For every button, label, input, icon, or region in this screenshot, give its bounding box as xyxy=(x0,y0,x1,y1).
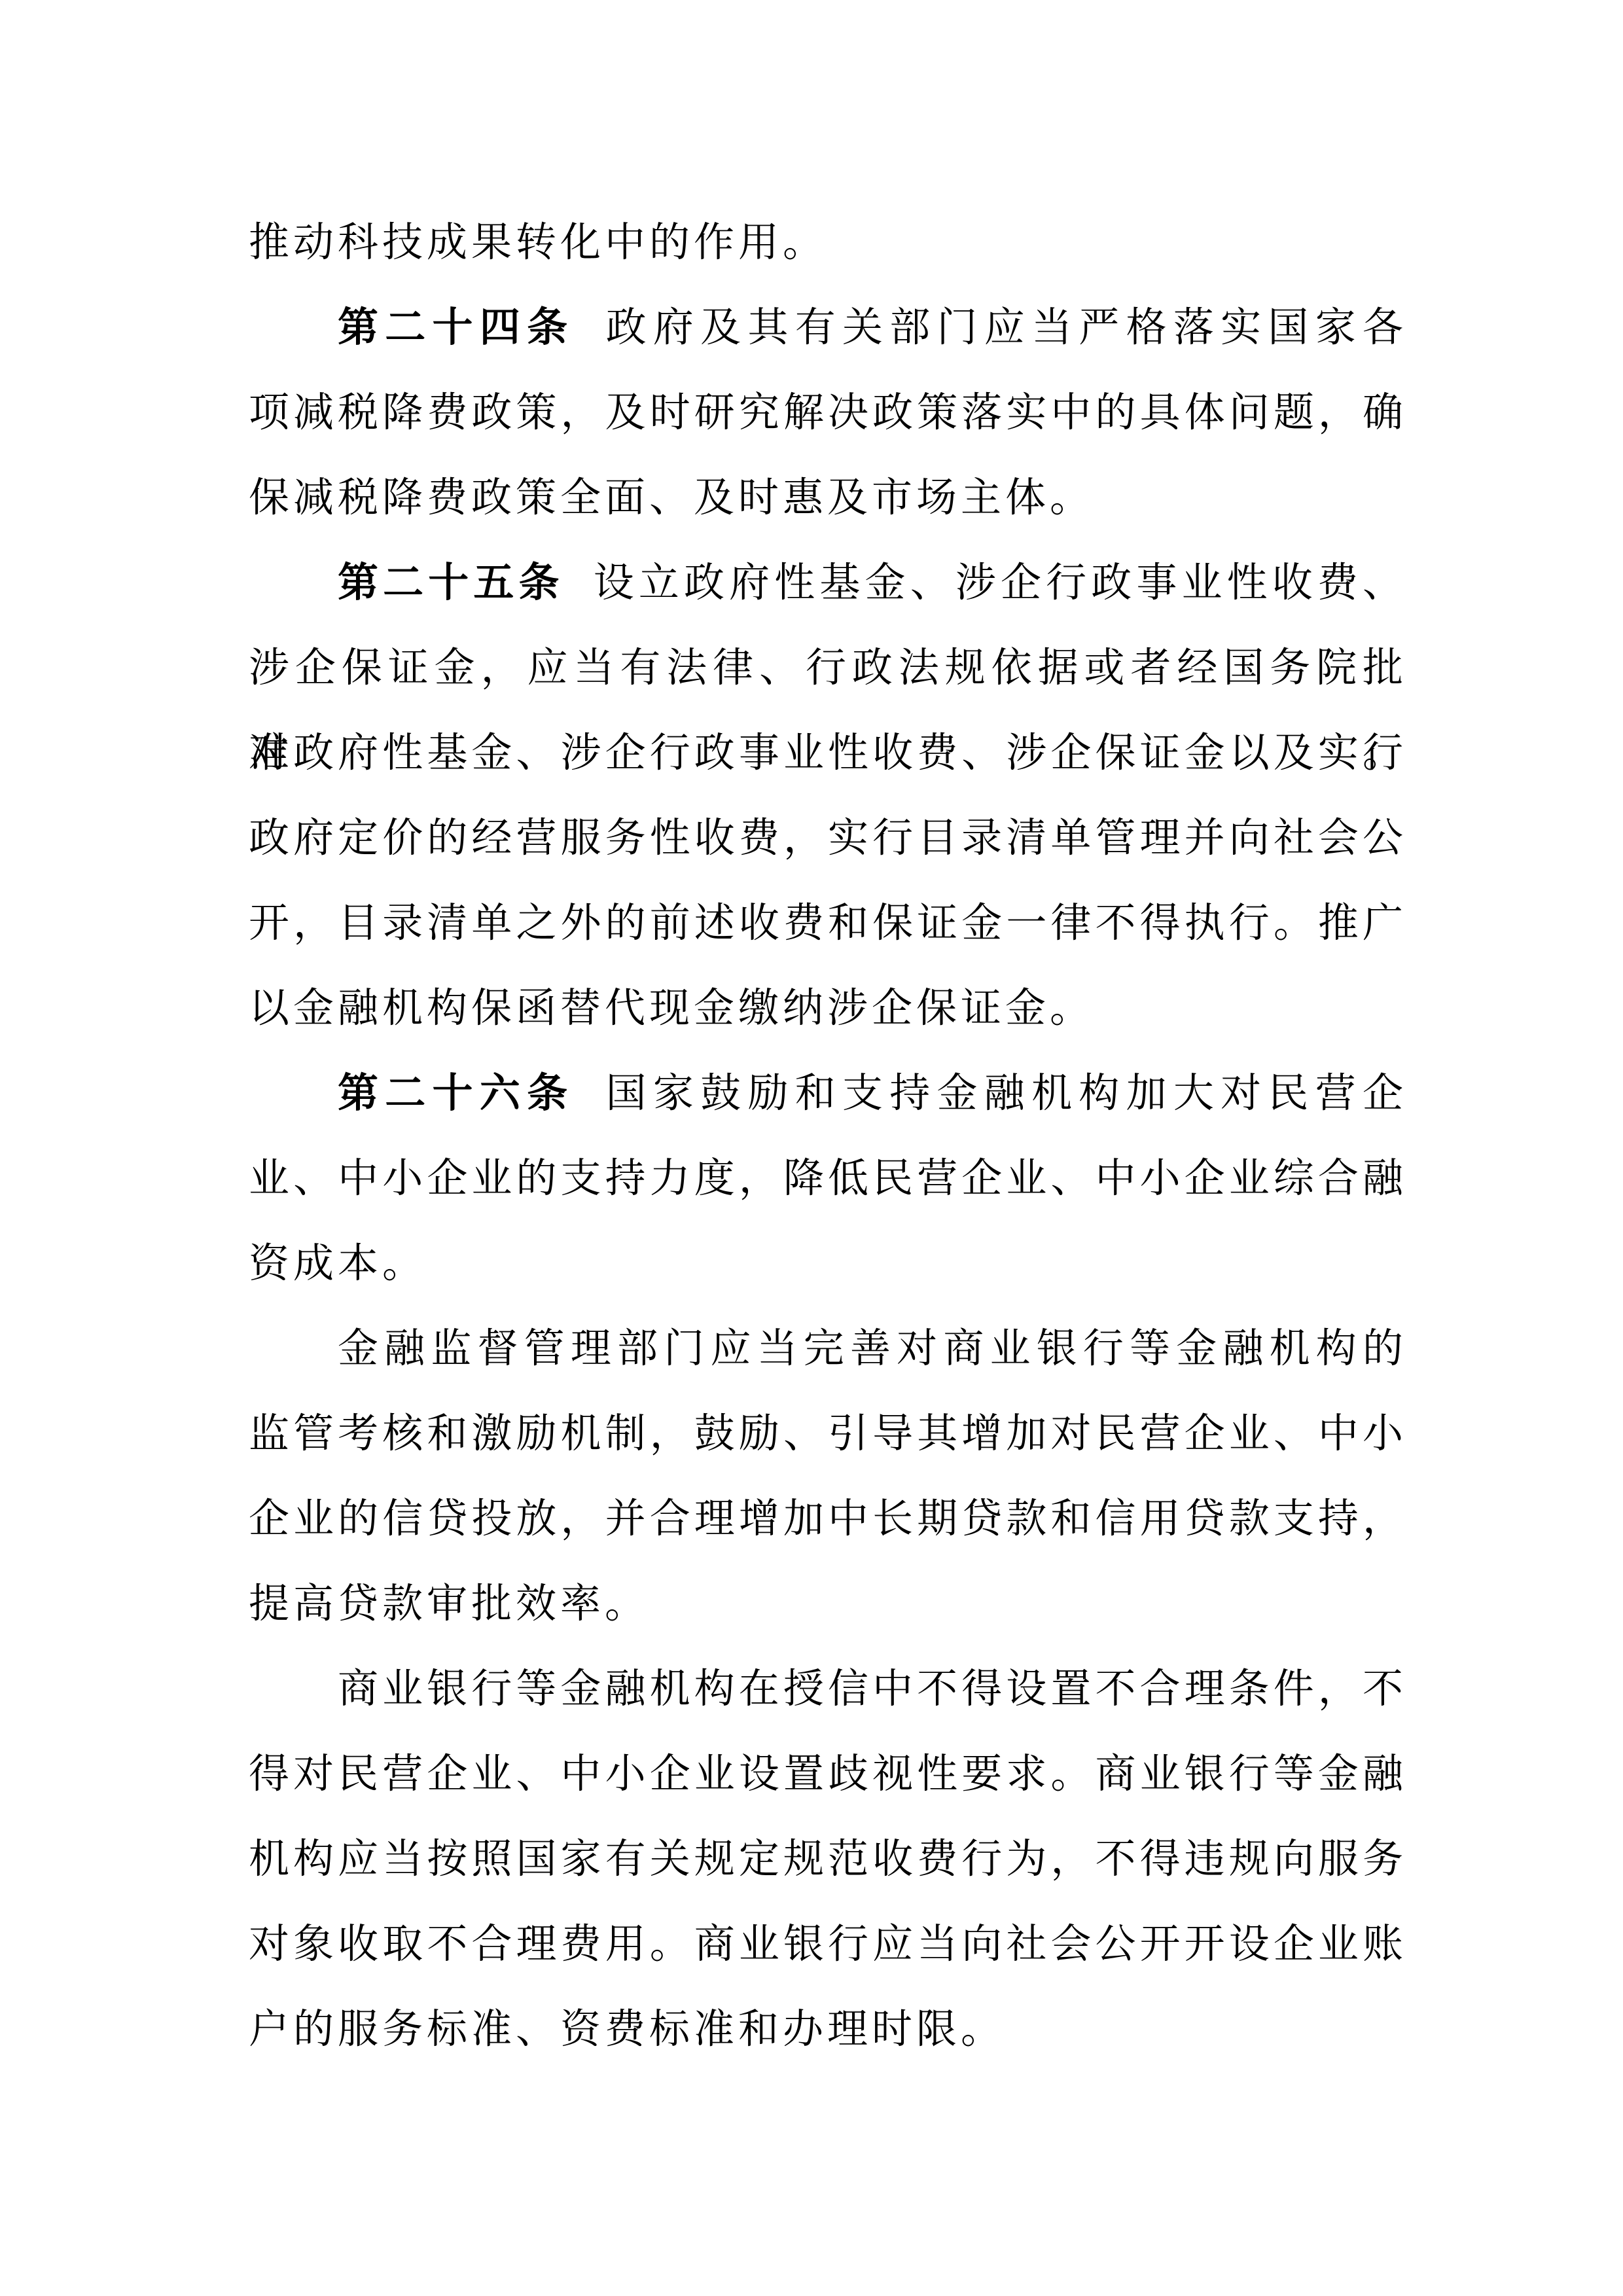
text-line: 对象收取不合理费用。商业银行应当向社会公开开设企业账 xyxy=(249,1902,1407,1987)
text-line: 推动科技成果转化中的作用。 xyxy=(249,200,1407,285)
text-line: 开，目录清单之外的前述收费和保证金一律不得执行。推广 xyxy=(249,881,1407,966)
line-text: 国家鼓励和支持金融机构加大对民营企 xyxy=(603,1071,1407,1116)
text-line-article-24: 第二十四条政府及其有关部门应当严格落实国家各 xyxy=(249,285,1407,370)
text-line: 机构应当按照国家有关规定规范收费行为，不得违规向服务 xyxy=(249,1817,1407,1902)
article-number: 第二十四条 xyxy=(338,306,574,350)
text-line: 提高贷款审批效率。 xyxy=(249,1562,1407,1647)
text-line: 户的服务标准、资费标准和办理时限。 xyxy=(249,1987,1407,2072)
line-text: 资成本。 xyxy=(249,1242,427,1286)
line-text: 企业的信贷投放，并合理增加中长期贷款和信用贷款支持， xyxy=(249,1497,1407,1541)
text-block: 推动科技成果转化中的作用。 第二十四条政府及其有关部门应当严格落实国家各 项减税… xyxy=(249,200,1407,2072)
line-text: 商业银行等金融机构在授信中不得设置不合理条件，不 xyxy=(338,1667,1407,1712)
text-line: 对政府性基金、涉企行政事业性收费、涉企保证金以及实行 xyxy=(249,711,1407,796)
text-line: 项减税降费政策，及时研究解决政策落实中的具体问题，确 xyxy=(249,370,1407,456)
line-text: 业、中小企业的支持力度，降低民营企业、中小企业综合融 xyxy=(249,1157,1407,1201)
line-text: 开，目录清单之外的前述收费和保证金一律不得执行。推广 xyxy=(249,901,1407,946)
line-text: 得对民营企业、中小企业设置歧视性要求。商业银行等金融 xyxy=(249,1752,1407,1797)
text-line-article-25: 第二十五条设立政府性基金、涉企行政事业性收费、 xyxy=(249,541,1407,626)
line-text: 金融监督管理部门应当完善对商业银行等金融机构的 xyxy=(338,1327,1407,1371)
line-text: 提高贷款审批效率。 xyxy=(249,1582,649,1626)
line-text: 机构应当按照国家有关规定规范收费行为，不得违规向服务 xyxy=(249,1837,1407,1882)
line-text: 政府及其有关部门应当严格落实国家各 xyxy=(603,306,1407,350)
line-text: 设立政府性基金、涉企行政事业性收费、 xyxy=(593,561,1407,605)
line-text: 推动科技成果转化中的作用。 xyxy=(249,221,827,265)
text-line: 金融监督管理部门应当完善对商业银行等金融机构的 xyxy=(249,1306,1407,1391)
line-text: 保减税降费政策全面、及时惠及市场主体。 xyxy=(249,476,1094,520)
line-text: 政府定价的经营服务性收费，实行目录清单管理并向社会公 xyxy=(249,816,1407,861)
text-line: 业、中小企业的支持力度，降低民营企业、中小企业综合融 xyxy=(249,1136,1407,1221)
line-text: 对政府性基金、涉企行政事业性收费、涉企保证金以及实行 xyxy=(249,731,1407,776)
text-line: 商业银行等金融机构在授信中不得设置不合理条件，不 xyxy=(249,1647,1407,1732)
document-page: 推动科技成果转化中的作用。 第二十四条政府及其有关部门应当严格落实国家各 项减税… xyxy=(0,0,1623,2296)
text-line: 保减税降费政策全面、及时惠及市场主体。 xyxy=(249,456,1407,541)
line-text: 以金融机构保函替代现金缴纳涉企保证金。 xyxy=(249,986,1094,1031)
text-line: 涉企保证金，应当有法律、行政法规依据或者经国务院批准。 xyxy=(249,626,1407,711)
line-text: 对象收取不合理费用。商业银行应当向社会公开开设企业账 xyxy=(249,1922,1407,1967)
text-line: 资成本。 xyxy=(249,1221,1407,1306)
line-text: 监管考核和激励机制，鼓励、引导其增加对民营企业、中小 xyxy=(249,1412,1407,1456)
text-line: 政府定价的经营服务性收费，实行目录清单管理并向社会公 xyxy=(249,796,1407,881)
line-text: 户的服务标准、资费标准和办理时限。 xyxy=(249,2007,1005,2052)
article-number: 第二十五条 xyxy=(338,561,564,605)
text-line: 监管考核和激励机制，鼓励、引导其增加对民营企业、中小 xyxy=(249,1391,1407,1477)
text-line: 以金融机构保函替代现金缴纳涉企保证金。 xyxy=(249,966,1407,1051)
article-number: 第二十六条 xyxy=(338,1071,574,1116)
text-line: 企业的信贷投放，并合理增加中长期贷款和信用贷款支持， xyxy=(249,1477,1407,1562)
text-line-article-26: 第二十六条国家鼓励和支持金融机构加大对民营企 xyxy=(249,1051,1407,1136)
line-text: 项减税降费政策，及时研究解决政策落实中的具体问题，确 xyxy=(249,391,1407,435)
text-line: 得对民营企业、中小企业设置歧视性要求。商业银行等金融 xyxy=(249,1732,1407,1817)
